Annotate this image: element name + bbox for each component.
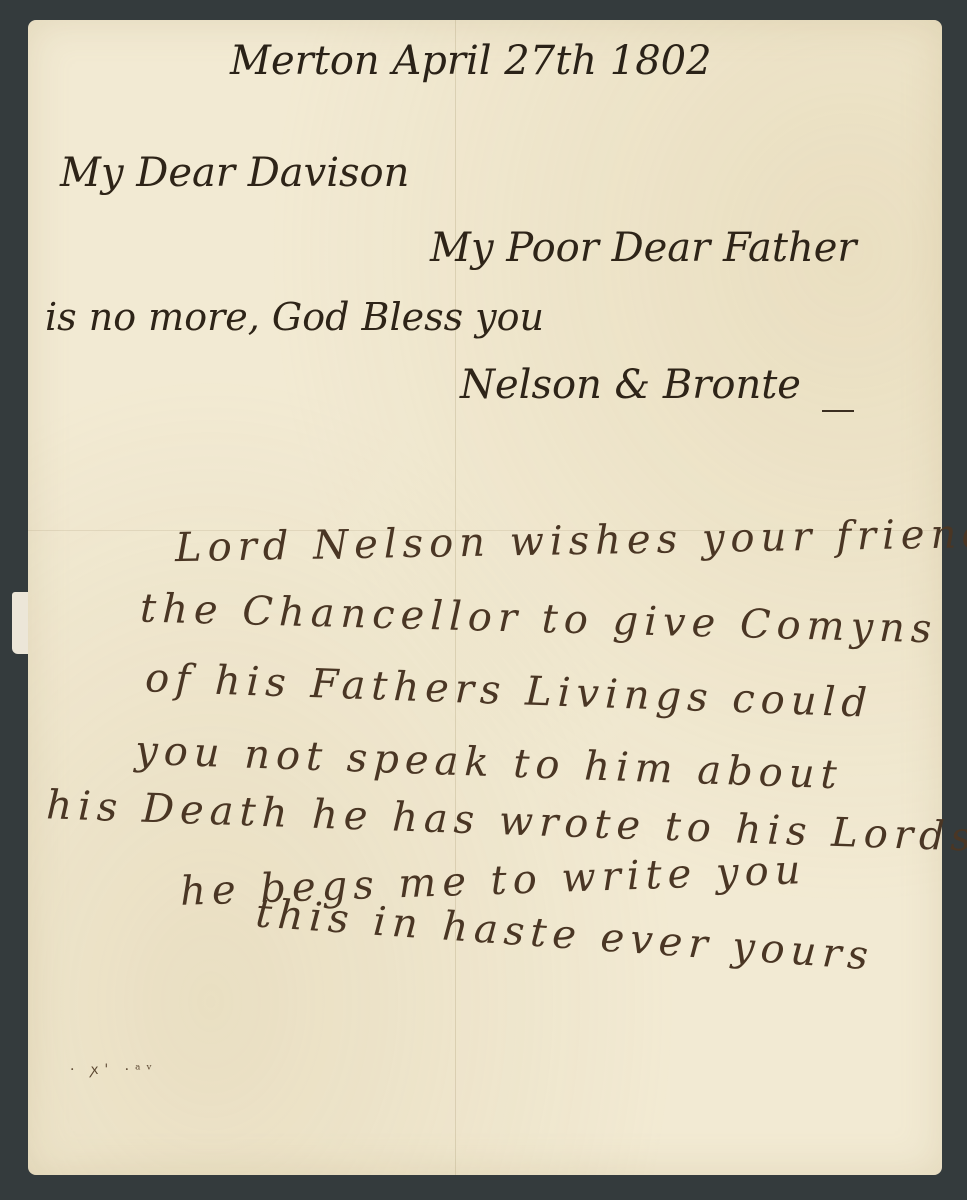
body-line: is no more, God Bless you bbox=[45, 295, 544, 339]
signature-flourish bbox=[822, 410, 854, 412]
ink-marks: · ꭗ' ·ᵃᵛ bbox=[70, 1060, 158, 1079]
dateline: Merton April 27th 1802 bbox=[230, 38, 712, 84]
body-line: My Poor Dear Father bbox=[430, 225, 857, 271]
paper-tab bbox=[12, 592, 28, 654]
signature: Nelson & Bronte bbox=[460, 362, 801, 408]
salutation: My Dear Davison bbox=[60, 150, 409, 196]
